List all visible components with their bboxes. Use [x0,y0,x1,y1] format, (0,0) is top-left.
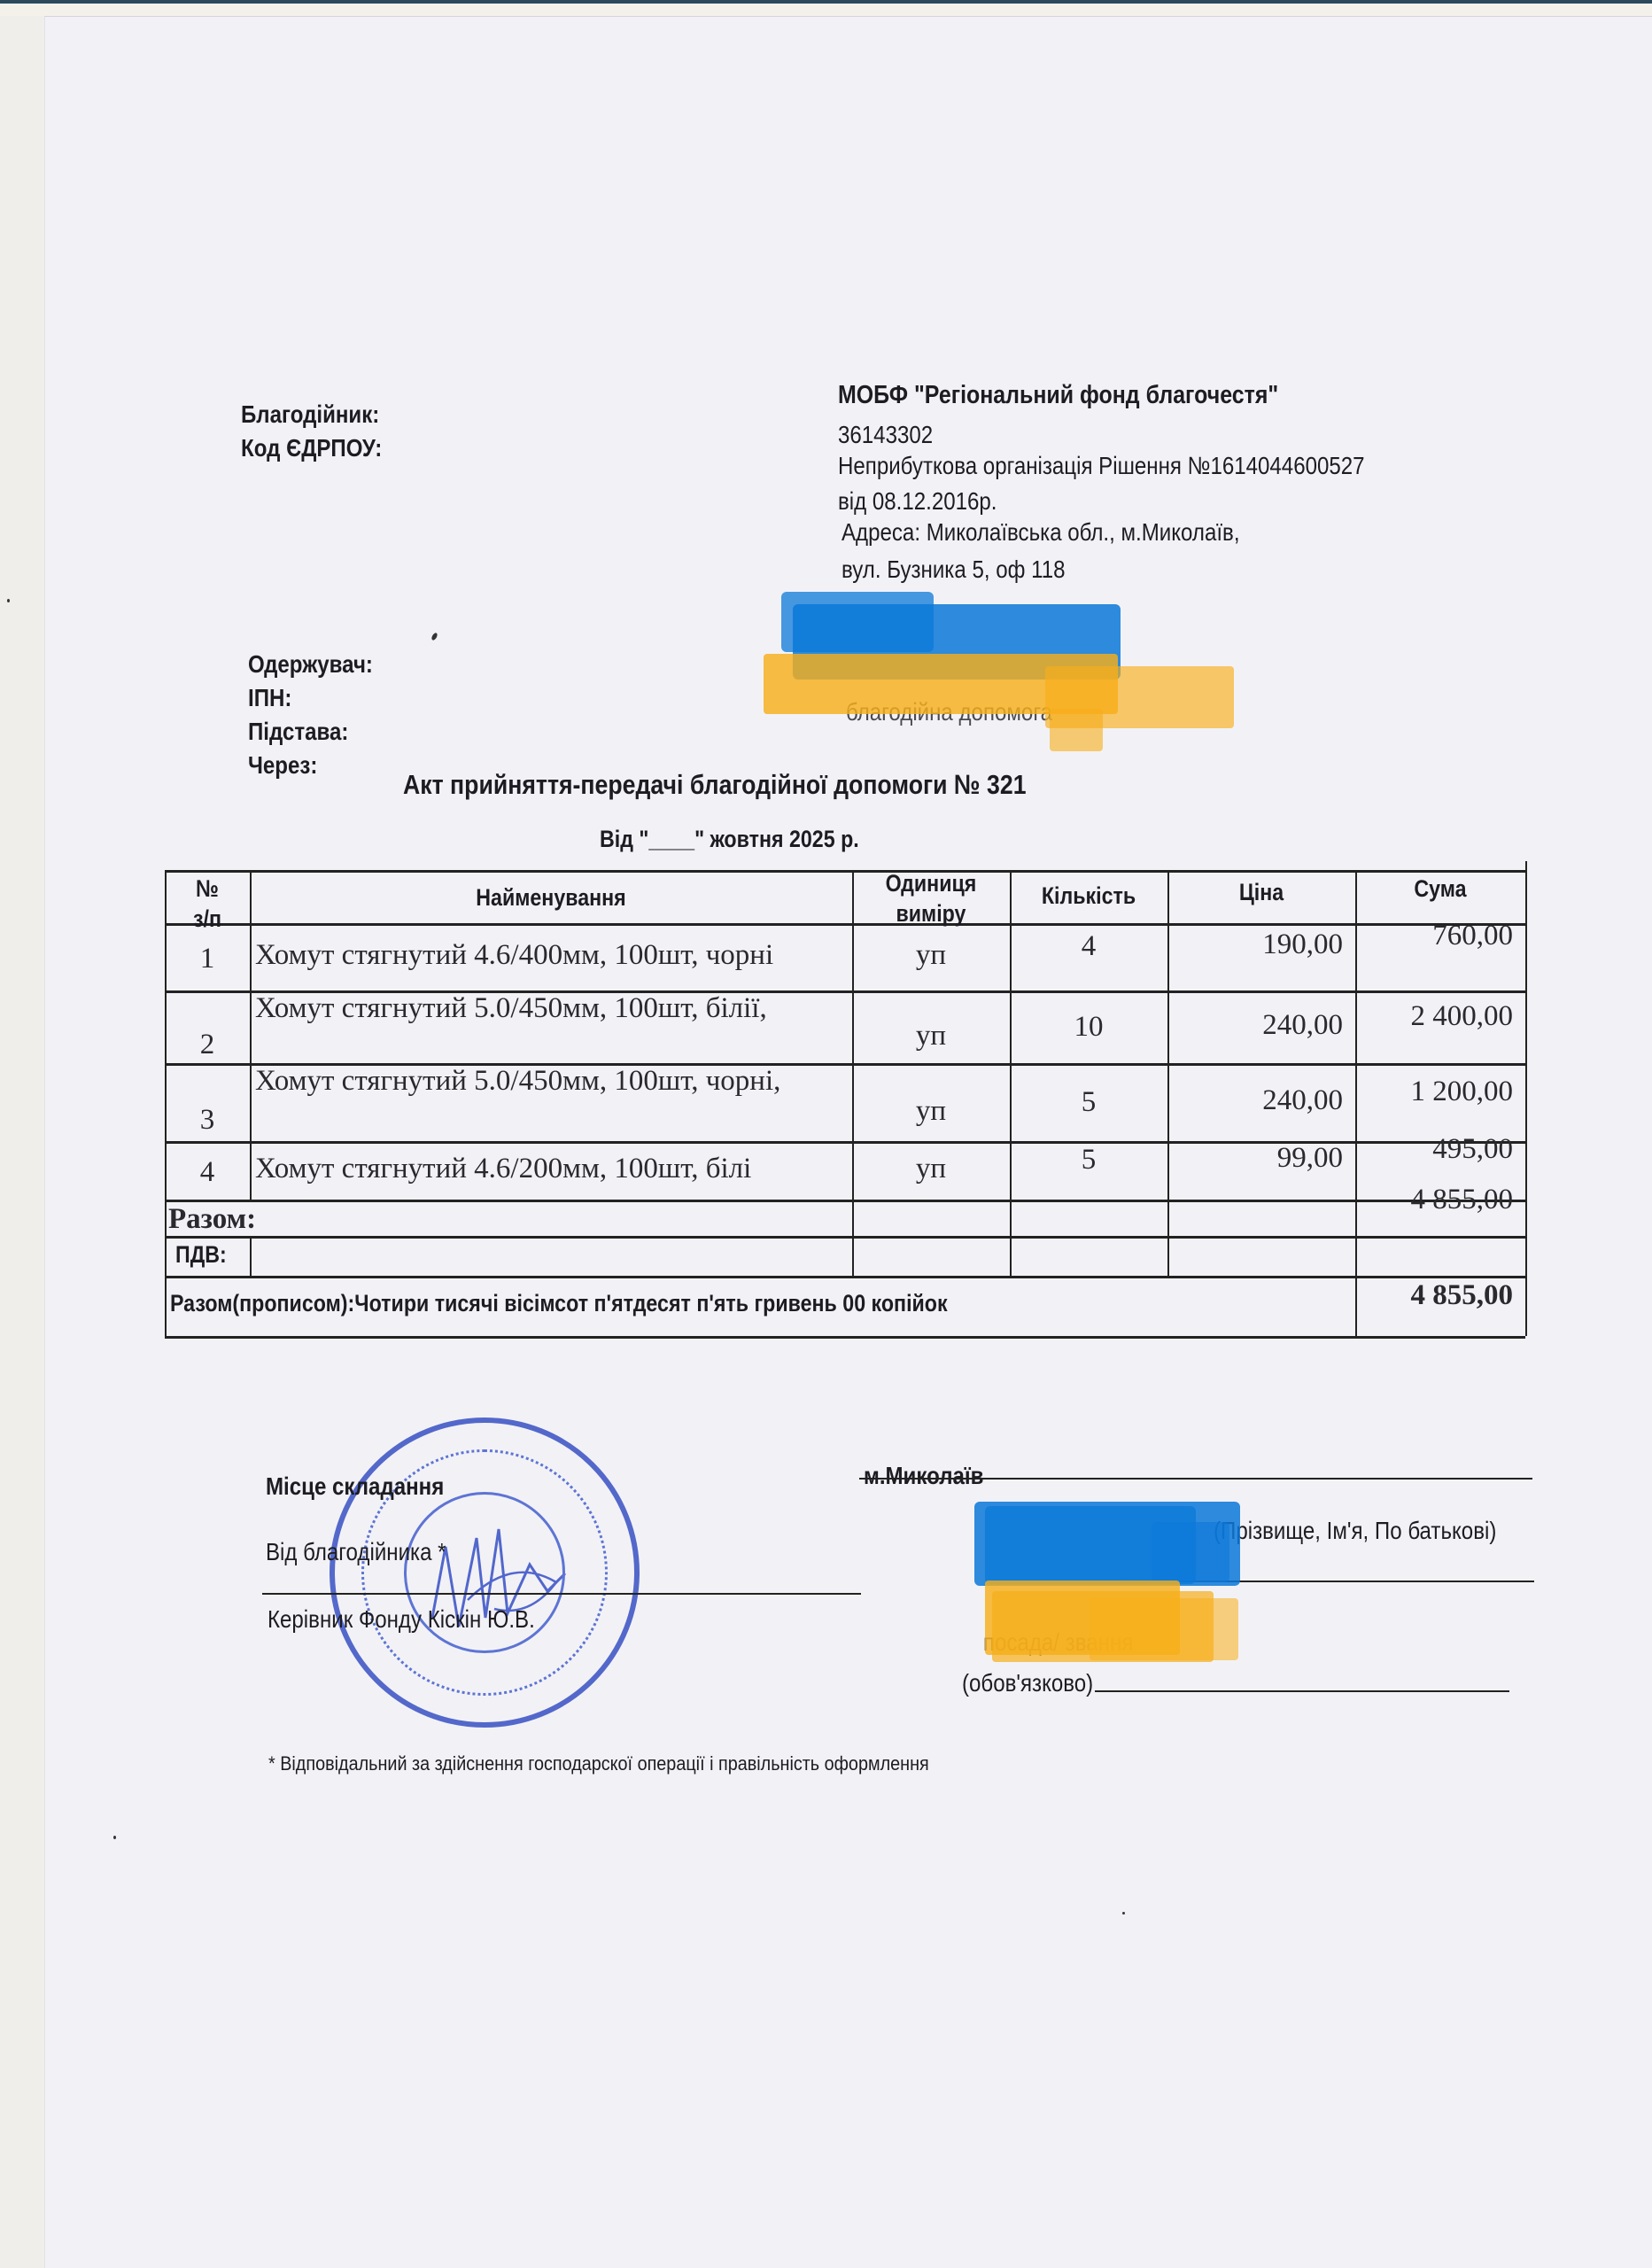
cell-qty: 10 [1010,1011,1167,1044]
header-qty: Кількість [1020,882,1156,910]
cell-qty: 5 [1010,1144,1167,1177]
redaction-yellow [1050,709,1103,751]
col-divider [250,870,252,1200]
table-row-line [165,1276,1525,1278]
paper-edge [0,4,1652,16]
cell-num: 4 [165,1156,250,1189]
cell-unit: уп [852,1153,1010,1185]
cell-sum: 760,00 [1355,920,1513,952]
col-divider [250,1236,252,1276]
place-underline [859,1478,1532,1480]
from-donor-label: Від благодійника * [266,1538,446,1566]
organization-stamp [330,1417,640,1728]
header-price: Ціна [1181,879,1342,906]
footnote: * Відповідальний за здійснення господарс… [268,1752,929,1775]
header-sum: Сума [1367,875,1513,903]
cell-price: 240,00 [1167,1009,1343,1042]
col-divider [852,870,854,1276]
cell-unit: уп [852,1020,1010,1052]
ipn-label: ІПН: [248,684,291,712]
cell-price: 99,00 [1167,1142,1343,1175]
donor-label: Благодійник: [241,400,379,429]
place-label: Місце складання [266,1472,444,1501]
header-unit: Одиниця виміру [863,868,998,928]
cell-sum: 2 400,00 [1355,1000,1513,1033]
cell-unit: уп [852,1095,1010,1128]
cell-name: Хомут стягнутий 5.0/450мм, 100шт, білії, [255,992,767,1025]
donor-edrpou: 36143302 [838,421,933,449]
donor-signature-line [262,1593,861,1595]
cell-price: 240,00 [1167,1084,1343,1117]
place-value: м.Миколаїв [864,1462,983,1490]
nonprofit-decision: Неприбуткова організація Рішення №161404… [838,452,1365,480]
document-title: Акт прийняття-передачі благодійної допом… [403,769,1027,801]
scan-speck [7,599,10,602]
cell-name: Хомут стягнутий 5.0/450мм, 100шт, чорні, [255,1065,780,1098]
basis-label: Підстава: [248,718,348,746]
total-label: Разом: [168,1203,256,1236]
edrpou-label: Код ЄДРПОУ: [241,434,382,462]
cell-num: 2 [165,1029,250,1061]
scan-speck [113,1836,116,1839]
scan-speck [1122,1912,1125,1915]
total-value: 4 855,00 [1355,1184,1513,1216]
recipient-name-hint: (Прізвище, Ім'я, По батькові) [1214,1517,1496,1545]
position-underline [1095,1690,1509,1692]
cell-sum: 495,00 [1355,1133,1513,1166]
table-row-line [165,1336,1525,1339]
cell-num: 1 [165,943,250,975]
donor-name: МОБФ "Регіональний фонд благочестя" [838,381,1278,410]
table-row-line [165,1236,1525,1239]
decision-date: від 08.12.2016р. [838,487,997,516]
cell-qty: 4 [1010,930,1167,963]
mandatory-label: (обов'язково) [962,1669,1093,1697]
table-border-right [1525,861,1527,1336]
head-of-fund: Керівник Фонду Кіскін Ю.В. [268,1605,535,1634]
via-label: Через: [248,751,317,780]
table-border-left [165,870,167,1336]
cell-unit: уп [852,939,1010,972]
stamp-signature-icon [335,1423,634,1722]
amount-total: 4 855,00 [1355,1279,1513,1312]
cell-price: 190,00 [1167,928,1343,961]
cell-num: 3 [165,1104,250,1137]
address-line-1: Адреса: Миколаївська обл., м.Миколаїв, [842,518,1240,547]
header-name: Найменування [292,884,810,912]
cell-sum: 1 200,00 [1355,1076,1513,1108]
cell-name: Хомут стягнутий 4.6/200мм, 100шт, білі [255,1153,751,1185]
cell-qty: 5 [1010,1086,1167,1119]
redaction-blue [1152,1522,1229,1582]
header-num: № з/п [171,874,244,934]
vat-label: ПДВ: [175,1241,227,1269]
redaction-yellow [1090,1598,1238,1660]
recipient-label: Одержувач: [248,650,373,679]
table-row-line [165,870,1525,873]
address-line-2: вул. Бузника 5, оф 118 [842,555,1066,584]
table-row-line [165,1200,1525,1202]
document-date: Від "____" жовтня 2025 р. [600,826,859,853]
amount-in-words: Разом(прописом):Чотири тисячі вісімсот п… [170,1290,948,1317]
table-row-line [165,923,1525,926]
cell-name: Хомут стягнутий 4.6/400мм, 100шт, чорні [255,939,773,972]
